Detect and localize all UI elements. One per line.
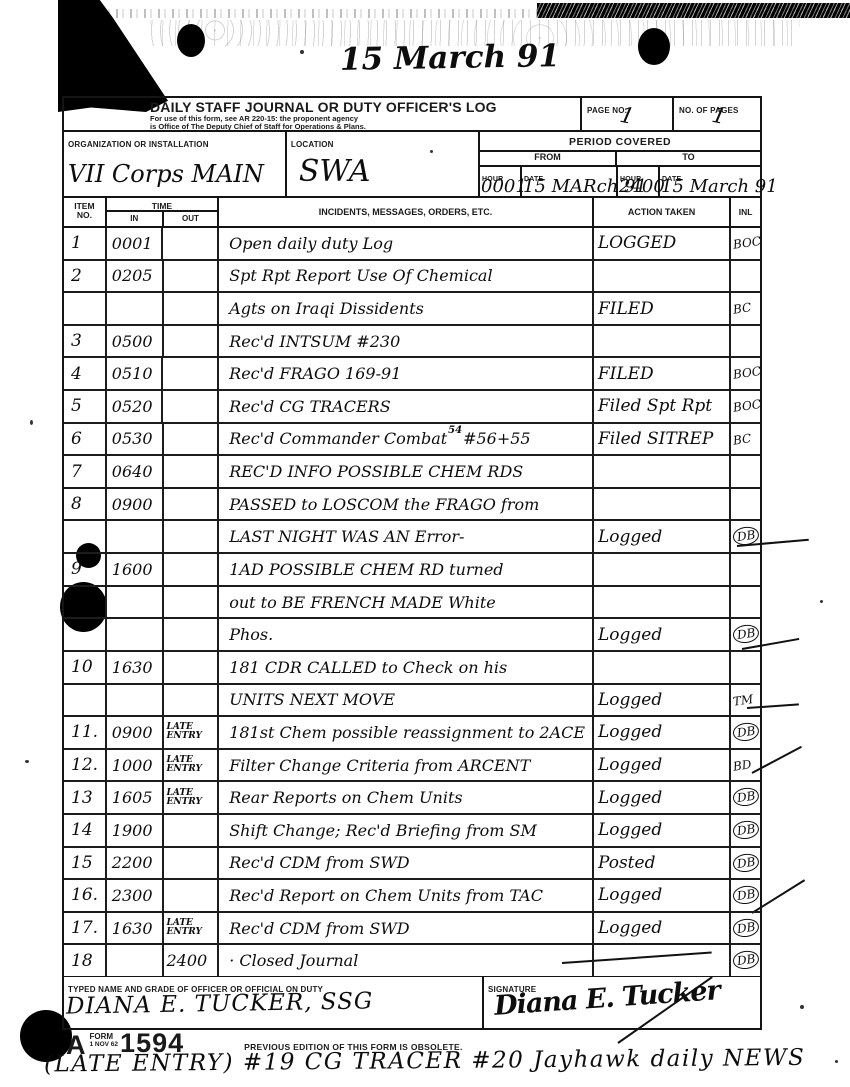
table-row: Phos. Logged DB [64,619,760,652]
time-out-cell [164,261,220,292]
action-taken-cell: Logged [594,685,731,716]
action-taken-cell: Logged [594,913,731,944]
item-no-cell: 12. [64,750,107,781]
time-out-cell: LATE ENTRY [164,782,220,813]
time-in-cell: 0205 [107,261,164,292]
time-out-cell [164,456,220,487]
initials-text: BD [732,757,752,773]
time-in-cell [107,685,164,716]
incident-cell: LAST NIGHT WAS AN Error- [219,521,594,552]
incident-cell: Rec'd CDM from SWD [219,848,594,879]
time-in-cell: 2300 [107,880,164,911]
action-taken-cell: Logged [594,717,731,748]
action-taken-cell: Logged [594,750,731,781]
incident-cell: Rec'd Report on Chem Units from TAC [219,880,594,911]
item-no-cell: 15 [64,848,107,879]
initials-text: DB [732,950,761,972]
time-out-cell [163,358,219,389]
time-out-cell [164,489,220,520]
table-row: 6 0530 Rec'd Commander Combat54#56+55 Fi… [64,424,760,457]
time-out-cell [164,424,220,455]
initials-cell: DB [729,813,762,847]
table-row: 15 2200 Rec'd CDM from SWD Posted DB [64,848,760,881]
time-out-cell [164,880,220,911]
initials-cell: DB [729,520,762,554]
organization-cell: ORGANIZATION OR INSTALLATION VII Corps M… [64,132,285,196]
incident-text: 181st Chem possible reassignment to 2ACE [229,723,585,742]
item-no-cell: 4 [64,358,107,389]
incident-text: PASSED to LOSCOM the FRAGO from [229,495,539,514]
period-covered-cell: PERIOD COVERED FROM TO HOUR 0001 DATE 15… [478,132,760,196]
time-in-cell: 0510 [107,358,164,389]
to-date-value: 15 March 91 [661,176,778,197]
action-taken-cell: FILED [594,293,731,324]
column-header-in: IN [107,212,164,226]
action-taken-cell [594,554,731,585]
initials-text: DB [732,722,761,744]
initials-cell: BC [729,422,762,456]
signature-value: Diana E. Tucker [493,975,720,1022]
scan-edge-bar [537,3,850,18]
table-row: 12. 1000 LATE ENTRY Filter Change Criter… [64,750,760,783]
from-hour-cell: HOUR 0001 [480,167,522,196]
incident-cell: Agts on Iraqi Dissidents [219,293,594,324]
action-taken-cell [594,456,731,487]
to-date-cell: DATE 15 March 91 [660,167,760,196]
time-in-cell: 1600 [107,554,164,585]
incident-text-tail: #56+55 [463,429,531,448]
incident-cell: 181 CDR CALLED to Check on his [219,652,594,683]
time-out-cell [164,521,220,552]
initials-text: BC [732,431,752,447]
item-no-cell: 11. [64,717,107,748]
initials-cell: DB [729,846,762,880]
action-taken-cell [594,652,731,683]
column-header-time: TIME IN OUT [107,198,219,226]
time-in-cell: 0900 [107,489,164,520]
table-row: 8 0900 PASSED to LOSCOM the FRAGO from [64,489,760,522]
table-row: 14 1900 Shift Change; Rec'd Briefing fro… [64,815,760,848]
item-no-cell [64,521,107,552]
form-title-cell: DAILY STAFF JOURNAL OR DUTY OFFICER'S LO… [64,98,580,130]
initials-cell: DB [729,878,762,912]
time-out-cell: LATE ENTRY [164,913,220,944]
time-in-cell: 0520 [107,391,164,422]
table-row: 10 1630 181 CDR CALLED to Check on his [64,652,760,685]
column-header-item-no: ITEM NO. [64,198,107,226]
location-cell: LOCATION SWA [285,132,478,196]
to-hour-value: 2400 [619,176,665,197]
initials-cell: DB [729,911,762,945]
time-out-cell [164,293,220,324]
incident-text: out to BE FRENCH MADE White [229,593,496,612]
to-hour-cell: HOUR 2400 [618,167,660,196]
time-in-cell: 0500 [107,326,164,357]
incident-text: Filter Change Criteria from ARCENT [229,756,530,775]
table-row: 9 1600 1AD POSSIBLE CHEM RD turned [64,554,760,587]
period-covered-label: PERIOD COVERED [480,132,760,152]
initials-text: DB [732,917,761,939]
handwritten-date-header: 15 March 91 [300,37,601,78]
ink-blob [638,28,670,65]
time-in-cell [107,619,164,650]
action-taken-cell [594,945,731,976]
correction-note: 54 [448,425,462,436]
table-row: 17. 1630 LATE ENTRY Rec'd CDM from SWD L… [64,913,760,946]
incident-text: Rec'd CDM from SWD [229,853,409,872]
incident-cell: out to BE FRENCH MADE White [219,587,594,618]
table-row: 1 0001 Open daily duty Log LOGGED BOC [64,228,760,261]
initials-cell: BD [729,748,762,782]
initials-cell: BOC [729,389,762,423]
incident-cell: · Closed Journal [219,945,594,976]
item-no-cell [64,685,107,716]
table-header: ITEM NO. TIME IN OUT INCIDENTS, MESSAGES… [64,198,760,228]
incident-text: Shift Change; Rec'd Briefing from SM [229,821,537,840]
incident-text: 1AD POSSIBLE CHEM RD turned [229,560,503,579]
incident-text: Rec'd Commander Combat [229,429,447,448]
time-out-cell [164,685,220,716]
item-no-cell: 1 [64,228,107,259]
initials-cell: BOC [729,226,762,260]
incident-cell: Open daily duty Log [219,228,594,259]
initials-text: BOC [732,397,762,415]
from-label: FROM [480,152,617,165]
incident-cell: Rear Reports on Chem Units [219,782,594,813]
typed-name-value: DIANA E. TUCKER, SSG [66,988,374,1019]
initials-cell: BOC [729,357,762,391]
item-no-cell: 16. [64,880,107,911]
incident-cell: 1AD POSSIBLE CHEM RD turned [219,554,594,585]
incident-text: Agts on Iraqi Dissidents [229,299,424,318]
journal-entries: 1 0001 Open daily duty Log LOGGED BOC 2 … [64,228,760,976]
table-row: 5 0520 Rec'd CG TRACERS Filed Spt Rpt BO… [64,391,760,424]
incident-cell: REC'D INFO POSSIBLE CHEM RDS [219,456,594,487]
org-location-period-row: ORGANIZATION OR INSTALLATION VII Corps M… [64,132,760,198]
incident-cell: Rec'd Commander Combat54#56+55 [219,424,594,455]
time-out-cell: LATE ENTRY [164,750,220,781]
action-taken-cell: Filed SITREP [594,424,731,455]
signature-cell: SIGNATURE Diana E. Tucker [482,977,760,1028]
handwritten-bottom-note: (LATE ENTRY) #19 CG TRACER #20 Jayhawk d… [44,1045,844,1078]
action-taken-cell: Logged [594,782,731,813]
time-out-cell [164,815,220,846]
column-header-incidents: INCIDENTS, MESSAGES, ORDERS, ETC. [219,198,594,226]
time-out-cell [164,848,220,879]
form-header: DAILY STAFF JOURNAL OR DUTY OFFICER'S LO… [64,98,760,132]
incident-cell: PASSED to LOSCOM the FRAGO from [219,489,594,520]
organization-value: VII Corps MAIN [68,160,264,188]
time-out-cell [164,326,220,357]
item-no-cell: 5 [64,391,107,422]
page-no-cell: PAGE NO. 1 [580,98,672,130]
time-in-cell [107,945,164,976]
incident-cell: Rec'd CG TRACERS [219,391,594,422]
action-taken-cell: FILED [594,358,731,389]
time-out-cell [163,391,219,422]
incident-text: Rec'd Report on Chem Units from TAC [229,886,543,905]
initials-cell: DB [729,617,762,651]
no-of-pages-label: NO. OF PAGES [679,106,739,115]
action-taken-cell [594,326,731,357]
initials-text: DB [732,852,761,874]
initials-text: DB [732,526,761,548]
table-row: out to BE FRENCH MADE White [64,587,760,620]
column-header-inl: INL [731,198,760,226]
incident-text: Rec'd CDM from SWD [229,919,409,938]
time-out-cell [164,619,220,650]
table-row: UNITS NEXT MOVE Logged TM [64,685,760,718]
time-in-cell: 1630 [107,913,164,944]
form-word: FORM [90,1033,119,1041]
table-row: Agts on Iraqi Dissidents FILED BC [64,293,760,326]
typed-name-cell: TYPED NAME AND GRADE OF OFFICER OR OFFIC… [64,977,482,1028]
initials-text: BC [732,301,752,317]
table-row: 4 0510 Rec'd FRAGO 169-91 FILED BOC [64,358,760,391]
incident-cell: Rec'd CDM from SWD [219,913,594,944]
incident-text: 181 CDR CALLED to Check on his [229,658,507,677]
table-row: 11. 0900 LATE ENTRY 181st Chem possible … [64,717,760,750]
item-no-cell: 6 [64,424,107,455]
action-taken-cell: LOGGED [594,228,731,259]
incident-text: Open daily duty Log [229,234,393,253]
initials-text: DB [732,885,761,907]
initials-cell [729,324,762,358]
action-taken-cell: Filed Spt Rpt [594,391,731,422]
item-no-cell: 8 [64,489,107,520]
action-taken-cell: Posted [594,848,731,879]
action-taken-cell [594,587,731,618]
incident-cell: Filter Change Criteria from ARCENT [219,750,594,781]
item-no-cell: 7 [64,456,107,487]
item-no-cell: 9 [64,554,107,585]
initials-cell [729,454,762,488]
item-no-cell [64,293,107,324]
table-row: 3 0500 Rec'd INTSUM #230 [64,326,760,359]
time-out-cell [164,652,220,683]
location-value: SWA [299,154,371,189]
incident-text: Rear Reports on Chem Units [229,788,462,807]
initials-cell [729,259,762,293]
from-hour-value: 0001 [481,176,527,197]
item-no-cell: 14 [64,815,107,846]
from-date-cell: DATE 15 MARch 91 [522,167,618,196]
item-no-cell: 10 [64,652,107,683]
item-no-cell: 18 [64,945,107,976]
incident-text: Phos. [229,625,273,644]
incident-text: Rec'd FRAGO 169-91 [229,364,401,383]
time-in-cell: 0640 [107,456,164,487]
item-no-cell: 13 [64,782,107,813]
time-out-cell [164,587,220,618]
time-in-cell: 1900 [107,815,164,846]
initials-cell: TM [729,683,762,717]
time-out-cell [163,228,219,259]
item-no-cell: 3 [64,326,107,357]
table-row: 2 0205 Spt Rpt Report Use Of Chemical [64,261,760,294]
time-out-cell: 2400 [164,945,220,976]
time-out-cell: LATE ENTRY [164,717,220,748]
incident-cell: Rec'd FRAGO 169-91 [219,358,594,389]
time-in-cell: 0001 [107,228,164,259]
to-label: TO [617,152,760,165]
initials-cell [729,552,762,586]
incident-cell: UNITS NEXT MOVE [219,685,594,716]
incident-cell: Shift Change; Rec'd Briefing from SM [219,815,594,846]
da-form-1594: DAILY STAFF JOURNAL OR DUTY OFFICER'S LO… [62,96,762,1030]
incident-text: LAST NIGHT WAS AN Error- [229,527,464,546]
action-taken-cell: Logged [594,880,731,911]
initials-text: TM [732,692,754,709]
initials-cell [729,585,762,619]
form-title: DAILY STAFF JOURNAL OR DUTY OFFICER'S LO… [150,99,580,115]
initials-cell [729,650,762,684]
time-in-cell: 1000 [107,750,164,781]
scanned-document-page: 15 March 91 DAILY STAFF JOURNAL OR DUTY … [0,0,850,1087]
location-label: LOCATION [291,140,334,149]
time-in-cell: 0900 [107,717,164,748]
incident-cell: 181st Chem possible reassignment to 2ACE [219,717,594,748]
column-header-out: OUT [164,212,217,226]
initials-cell: DB [729,715,762,749]
incident-text: Rec'd INTSUM #230 [229,332,400,351]
no-of-pages-cell: NO. OF PAGES 1 [672,98,760,130]
action-taken-cell: Logged [594,521,731,552]
initials-cell [729,487,762,521]
action-taken-cell [594,489,731,520]
incident-text: Spt Rpt Report Use Of Chemical [229,266,492,285]
initials-cell: DB [729,781,762,815]
time-in-cell [107,587,164,618]
incident-text: UNITS NEXT MOVE [229,690,395,709]
form-subtitle-line2: is Office of The Deputy Chief of Staff f… [150,123,580,131]
item-no-cell [64,619,107,650]
incident-text: REC'D INFO POSSIBLE CHEM RDS [229,462,523,481]
initials-text: DB [732,787,761,809]
initials-text: BOC [732,365,762,383]
action-taken-cell [594,261,731,292]
action-taken-cell: Logged [594,815,731,846]
incident-cell: Rec'd INTSUM #230 [219,326,594,357]
initials-text: DB [732,819,761,841]
form-edition-date: 1 NOV 62 [90,1041,119,1048]
initials-text: BOC [732,234,762,252]
table-row: 18 2400 · Closed Journal DB [64,945,760,976]
time-in-cell [107,293,164,324]
initials-text: DB [732,624,761,646]
incident-cell: Spt Rpt Report Use Of Chemical [219,261,594,292]
table-row: 16. 2300 Rec'd Report on Chem Units from… [64,880,760,913]
table-row: LAST NIGHT WAS AN Error- Logged DB [64,521,760,554]
table-row: 7 0640 REC'D INFO POSSIBLE CHEM RDS [64,456,760,489]
ink-blob [177,24,205,57]
column-header-action-taken: ACTION TAKEN [594,198,731,226]
action-taken-cell: Logged [594,619,731,650]
table-row: 13 1605 LATE ENTRY Rear Reports on Chem … [64,782,760,815]
time-in-cell: 1630 [107,652,164,683]
time-in-cell: 1605 [107,782,164,813]
time-in-cell: 0530 [107,424,164,455]
incident-cell: Phos. [219,619,594,650]
time-in-cell: 2200 [107,848,164,879]
incident-text: Rec'd CG TRACERS [229,397,391,416]
item-no-cell [64,587,107,618]
organization-label: ORGANIZATION OR INSTALLATION [68,140,209,149]
time-in-cell [107,521,164,552]
item-no-cell: 2 [64,261,107,292]
item-no-cell: 17. [64,913,107,944]
form-footer: TYPED NAME AND GRADE OF OFFICER OR OFFIC… [64,976,760,1028]
initials-cell: DB [729,944,762,978]
initials-cell: BC [729,291,762,325]
time-out-cell [164,554,220,585]
incident-text: · Closed Journal [229,951,358,970]
